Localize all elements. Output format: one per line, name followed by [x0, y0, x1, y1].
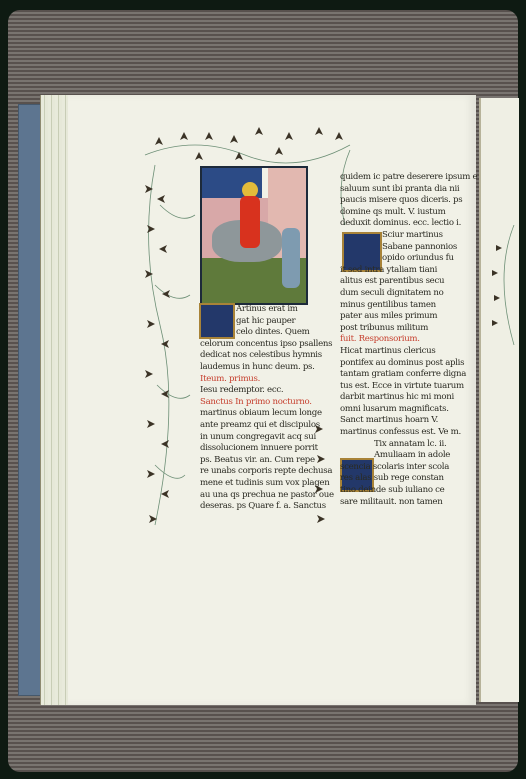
text-line: res alas sub rege constan — [340, 473, 477, 485]
text-line: Sciur martinus — [340, 230, 477, 242]
text-line: deseras. ps Quare f. a. Sanctus — [200, 501, 334, 513]
text-line: Tix annatam lc. ii. — [340, 439, 477, 451]
text-line: quidem ic patre deserere ipsum e — [340, 172, 477, 184]
text-line: sare militauit. non tamen — [340, 497, 477, 509]
rubric-line: fuit. Responsorium. — [340, 334, 477, 346]
text-line: paucis misere quos diceris. ps — [340, 195, 477, 207]
facing-page — [479, 98, 519, 702]
text-line: omni lusarum magnificats. — [340, 404, 477, 416]
text-line: celo dintes. Quem — [200, 327, 334, 339]
text-line: dissolucionem innuere porrit — [200, 443, 334, 455]
text-line: scencia scolaris inter scola — [340, 462, 477, 474]
miniature-rider — [240, 196, 260, 248]
text-line: pater aus miles primum — [340, 311, 477, 323]
text-line: tus est. Ecce in virtute tuarum — [340, 381, 477, 393]
text-line: in unum congregavit acq sui — [200, 432, 334, 444]
text-line: saluum sunt ibi pranta dia nii — [340, 184, 477, 196]
text-line: Sanct martinus hoarn V. — [340, 415, 477, 427]
page-edges — [40, 95, 71, 705]
text-line: opido oriundus fu — [340, 253, 477, 265]
rubric-line: Sanctus In primo nocturno. — [200, 397, 334, 409]
text-line: Artinus erat im — [200, 304, 334, 316]
text-line: minus gentilibus tamen — [340, 300, 477, 312]
text-line: Amuliaam in adole — [340, 450, 477, 462]
text-line: pontifex au dominus post aplis — [340, 358, 477, 370]
text-line: Sabane pannonios — [340, 242, 477, 254]
text-line: ante preamz qui et discipulos — [200, 420, 334, 432]
text-line: re unabs corporis repte dechusa — [200, 466, 334, 478]
text-line: domine qs mult. V. iustum — [340, 207, 477, 219]
text-line: mene et tudinis sum vox plagen — [200, 478, 334, 490]
text-line: darbit martinus hic mi moni — [340, 392, 477, 404]
text-line: tantam gratiam conferre digna — [340, 369, 477, 381]
text-line: deduxit dominus. ecc. lectio i. — [340, 218, 477, 230]
text-line: celorum concentus ipso psallens — [200, 339, 334, 351]
text-line: tino deinde sub iuliano ce — [340, 485, 477, 497]
text-line: ps. Beatus vir. an. Cum repe — [200, 455, 334, 467]
right-text-column: quidem ic patre deserere ipsum e saluum … — [340, 172, 477, 508]
text-line: it sed intra ytaliam tiani — [340, 265, 477, 277]
miniature-st-martin — [200, 166, 308, 305]
text-line: alitus est parentibus secu — [340, 276, 477, 288]
text-line: post tribunus militum — [340, 323, 477, 335]
text-line: dedicat nos celestibus hymnis — [200, 350, 334, 362]
text-line: Iesu redemptor. ecc. — [200, 385, 334, 397]
text-line: martinus obiaum lecum longe — [200, 408, 334, 420]
facing-page-vine-decoration — [484, 225, 516, 345]
text-line: Hicat martinus clericus — [340, 346, 477, 358]
text-line: gat hic pauper — [200, 316, 334, 328]
text-line: dum seculi dignitatem no — [340, 288, 477, 300]
text-line: martinus confessus est. Ve m. — [340, 427, 477, 439]
miniature-beggar — [282, 228, 300, 288]
left-text-column: Artinus erat im gat hic pauper celo dint… — [200, 304, 334, 513]
rubric-line: Iteum. primus. — [200, 374, 334, 386]
text-line: au una qs prechua ne pastor oue — [200, 490, 334, 502]
text-line: laudemus in hunc deum. ps. — [200, 362, 334, 374]
